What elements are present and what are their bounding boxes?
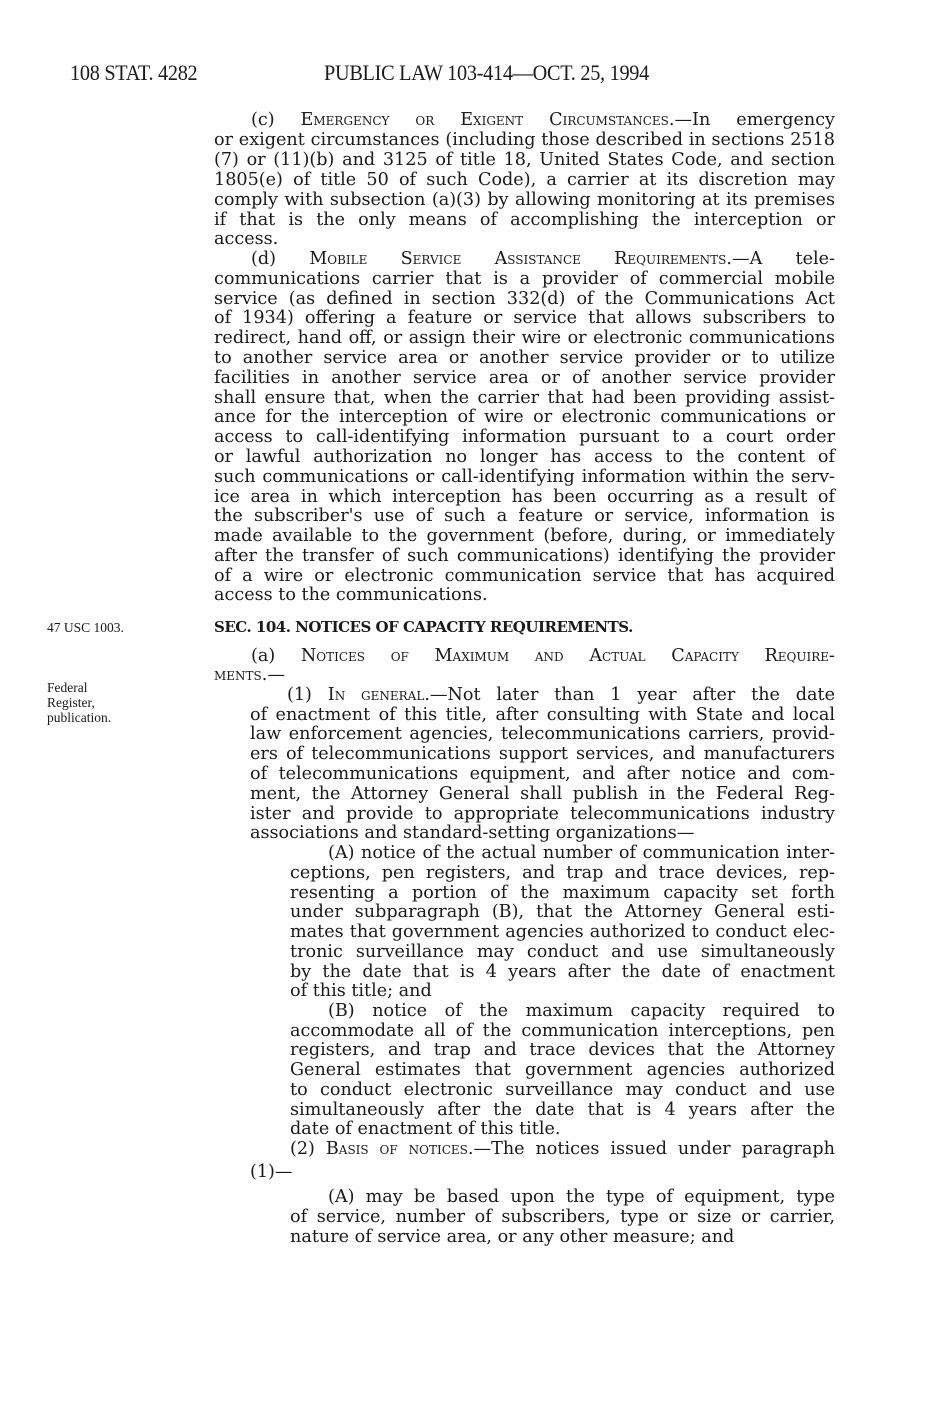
subparagraph-a-line: tronic surveillance may conduct and use … [290,942,835,962]
section-d-line: of a wire or electronic communication se… [214,566,835,586]
section-d-line: the subscriber's use of such a feature o… [214,506,835,526]
section-d-line: facilities in another service area or of… [214,368,835,388]
section-d-first-line: (d) Mobile Service Assistance Requiremen… [251,249,835,269]
section-d-line: communications carrier that is a provide… [214,269,835,289]
usc-margin-note: 47 USC 1003. [47,620,124,635]
section-c-line: 1805(e) of title 50 of such Code), a car… [214,170,835,190]
subparagraph-a-line: ceptions, pen registers, and trap and tr… [290,863,835,883]
subsection-a-heading-cont: ments.— [214,665,835,685]
section-d-line: shall ensure that, when the carrier that… [214,388,835,408]
margin-note-line: Federal [47,680,111,695]
paragraph-2-first-line: (2) Basis of notices.—The notices issued… [290,1139,835,1159]
paragraph-1-text: —Not later than 1 year after the date [430,685,835,705]
section-d-heading: Mobile Service Assistance Requirements. [309,249,732,269]
section-d-line: to another service area or another servi… [214,348,835,368]
subsection-a-heading: (a) Notices of Maximum and Actual Capaci… [251,646,835,666]
paragraph-1-line: of enactment of this title, after consul… [250,705,835,725]
section-c-line: comply with subsection (a)(3) by allowin… [214,190,835,210]
section-c-line: or exigent circumstances (including thos… [214,130,835,150]
federal-register-margin-note: Federal Register, publication. [47,680,111,725]
margin-note-line: publication. [47,710,111,725]
subsection-a-label: (a) [251,646,301,666]
section-d-line: ance for the interception of wire or ele… [214,407,835,427]
section-c-line: (7) or (11)(b) and 3125 of title 18, Uni… [214,150,835,170]
section-c-heading: Emergency or Exigent Circumstances. [301,110,675,130]
paragraph-2-subparagraph-a-line: nature of service area, or any other mea… [290,1227,835,1247]
section-d-line: made available to the government (before… [214,526,835,546]
paragraph-2-heading: Basis of notices. [326,1139,474,1159]
section-d-line: after the transfer of such communication… [214,546,835,566]
paragraph-1-label: (1) [287,685,328,705]
stat-reference: 108 STAT. 4282 [70,60,197,86]
section-c-first-line: (c) Emergency or Exigent Circumstances.—… [251,110,835,130]
section-d-label: (d) [251,249,309,269]
section-c-text: —In emergency [674,110,835,130]
section-d-line: access to the communications. [214,585,835,605]
paragraph-1-first-line: (1) In general.—Not later than 1 year af… [287,685,835,705]
section-c-label: (c) [251,110,301,130]
section-104-title: SEC. 104. NOTICES OF CAPACITY REQUIREMEN… [214,617,835,637]
paragraph-1-line: ister and provide to appropriate telecom… [250,804,835,824]
paragraph-1-line: of telecommunications equipment, and aft… [250,764,835,784]
paragraph-1-line: ers of telecommunications support servic… [250,744,835,764]
subparagraph-b-line: (B) notice of the maximum capacity requi… [328,1001,835,1021]
margin-note-line: Register, [47,695,111,710]
subparagraph-b-line: accommodate all of the communication int… [290,1021,835,1041]
subparagraph-b-line: date of enactment of this title. [290,1119,835,1139]
paragraph-2-label: (2) [290,1139,326,1159]
paragraph-2-line: (1)— [250,1162,835,1182]
section-c-line: access. [214,229,835,249]
section-d-text: —A tele- [732,249,835,269]
subparagraph-a-line: by the date that is 4 years after the da… [290,962,835,982]
paragraph-2-text: —The notices issued under paragraph [473,1139,835,1159]
section-d-line: access to call-identifying information p… [214,427,835,447]
document-page: 108 STAT. 4282 PUBLIC LAW 103-414—OCT. 2… [0,0,940,1409]
subparagraph-b-line: registers, and trap and trace devices th… [290,1040,835,1060]
subsection-a-heading-text: Notices of Maximum and Actual Capacity R… [301,646,835,666]
paragraph-1-line: ment, the Attorney General shall publish… [250,784,835,804]
subparagraph-a-line: resenting a portion of the maximum capac… [290,883,835,903]
subparagraph-b-line: simultaneously after the date that is 4 … [290,1100,835,1120]
paragraph-1-heading: In general. [328,685,430,705]
paragraph-2-subparagraph-a-line: of service, number of subscribers, type … [290,1207,835,1227]
public-law-title: PUBLIC LAW 103-414—OCT. 25, 1994 [324,60,649,86]
section-c-line: if that is the only means of accomplishi… [214,210,835,230]
paragraph-2-subparagraph-a-line: (A) may be based upon the type of equipm… [328,1187,835,1207]
subparagraph-a-line: (A) notice of the actual number of commu… [328,843,835,863]
subparagraph-a-line: of this title; and [290,981,835,1001]
paragraph-1-line: associations and standard-setting organi… [250,823,835,843]
subparagraph-a-line: under subparagraph (B), that the Attorne… [290,902,835,922]
section-d-line: or lawful authorization no longer has ac… [214,447,835,467]
section-d-line: ice area in which interception has been … [214,487,835,507]
section-d-line: of 1934) offering a feature or service t… [214,308,835,328]
section-d-line: such communications or call-identifying … [214,467,835,487]
section-d-line: service (as defined in section 332(d) of… [214,289,835,309]
section-d-line: redirect, hand off, or assign their wire… [214,328,835,348]
paragraph-1-line: law enforcement agencies, telecommunicat… [250,724,835,744]
subparagraph-b-line: to conduct electronic surveillance may c… [290,1080,835,1100]
subparagraph-b-line: General estimates that government agenci… [290,1060,835,1080]
subparagraph-a-line: mates that government agencies authorize… [290,922,835,942]
